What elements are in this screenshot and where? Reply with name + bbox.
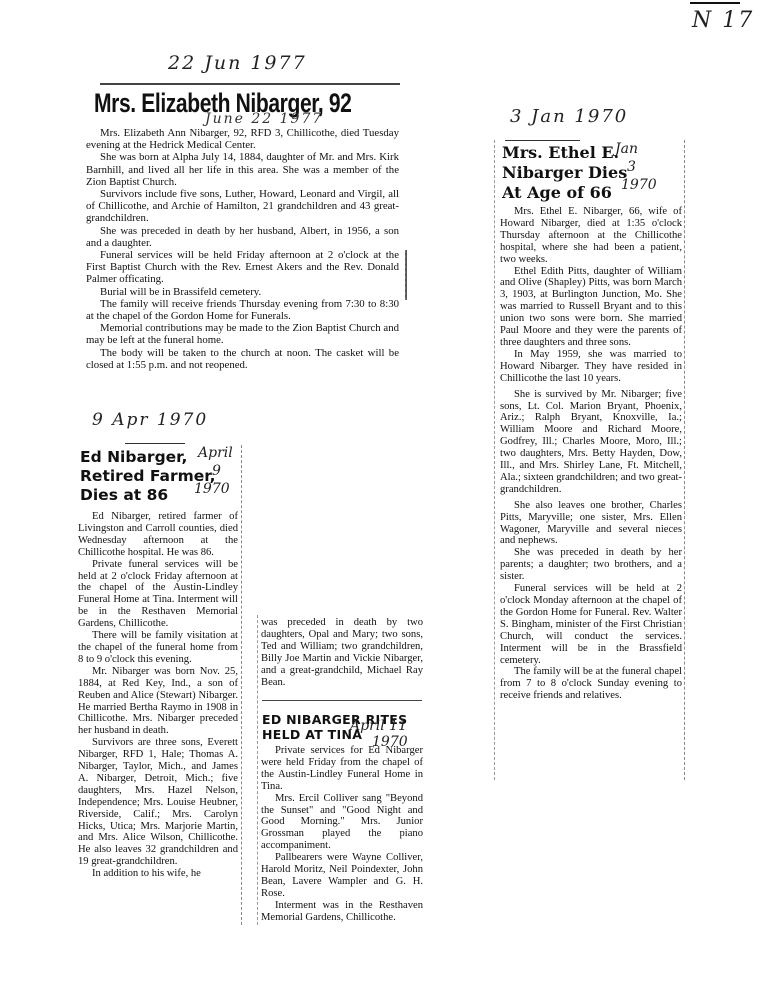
paragraph: Mrs. Ercil Colliver sang "Beyond the Sun… [261, 793, 423, 853]
article-body: Private services for Ed Nibarger were he… [261, 745, 423, 924]
paragraph: Ethel Edith Pitts, daughter of William a… [500, 266, 682, 349]
paragraph: Pallbearers were Wayne Colliver, Harold … [261, 852, 423, 900]
paragraph: She was preceded in death by her parents… [500, 547, 682, 583]
paragraph: In May 1959, she was married to Howard N… [500, 349, 682, 385]
paragraph: The body will be taken to the church at … [86, 347, 399, 371]
paragraph: Mrs. Elizabeth Ann Nibarger, 92, RFD 3, … [86, 127, 399, 151]
headline-line: Mrs. Ethel E. [502, 143, 627, 163]
paragraph: She also leaves one brother, Charles Pit… [500, 500, 682, 548]
paragraph: Mr. Nibarger was born Nov. 25, 1884, at … [78, 666, 238, 737]
clipping-top-rule [100, 83, 400, 85]
article-continuation: was preceded in death by two daughters, … [261, 617, 423, 688]
handwritten-date: 9 Apr 1970 [92, 410, 208, 430]
paragraph: Funeral services will be held at 2 o'clo… [500, 583, 682, 666]
article-body: Mrs. Elizabeth Ann Nibarger, 92, RFD 3, … [86, 127, 399, 371]
paragraph: She was preceded in death by her husband… [86, 225, 399, 249]
paragraph: In addition to his wife, he [78, 868, 238, 880]
handwritten-date-side: Jan 3 1970 [615, 140, 657, 194]
clipping-top-rule [125, 443, 185, 444]
paragraph: Survivors are three sons, Everett Nibarg… [78, 737, 238, 868]
paragraph: Private services for Ed Nibarger were he… [261, 745, 423, 793]
paragraph: The family will be at the funeral chapel… [500, 666, 682, 702]
paragraph: There will be family visitation at the c… [78, 630, 238, 666]
clipping-divider [262, 700, 422, 701]
paragraph: Burial will be in Brassifeld cemetery. [86, 286, 399, 298]
headline-line: Ed Nibarger, [80, 448, 216, 467]
paragraph: Private funeral services will be held at… [78, 559, 238, 630]
article-body: Ed Nibarger, retired farmer of Livingsto… [78, 511, 238, 880]
paragraph: She was born at Alpha July 14, 1884, dau… [86, 151, 399, 188]
paragraph: Funeral services will be held Friday aft… [86, 249, 399, 286]
clip-edge [405, 250, 407, 300]
paragraph: Mrs. Ethel E. Nibarger, 66, wife of Howa… [500, 206, 682, 266]
headline-line: Nibarger Dies [502, 163, 627, 183]
paragraph: was preceded in death by two daughters, … [261, 617, 423, 688]
clip-edge-left-col2 [257, 615, 259, 925]
paragraph: Ed Nibarger, retired farmer of Livingsto… [78, 511, 238, 559]
clipping-top-rule [505, 140, 580, 141]
page-mark: N 17 [692, 8, 754, 33]
headline-line: At Age of 66 [502, 183, 627, 203]
handwritten-date-side: April 9 1970 [198, 444, 233, 498]
clip-edge-left [494, 140, 496, 780]
headline: Mrs. Ethel E. Nibarger Dies At Age of 66 [502, 143, 627, 203]
clip-edge-right [241, 445, 243, 925]
paragraph: Memorial contributions may be made to th… [86, 322, 399, 346]
top-edge-rule [690, 2, 740, 4]
handwritten-date-overlay: June 22 1977 [205, 111, 323, 127]
paragraph: The family will receive friends Thursday… [86, 298, 399, 322]
handwritten-date: 22 Jun 1977 [168, 52, 307, 74]
handwritten-date: 3 Jan 1970 [510, 106, 628, 127]
paragraph: She is survived by Mr. Nibarger; five so… [500, 389, 682, 496]
clip-edge-right [684, 140, 686, 780]
paragraph: Interment was in the Resthaven Memorial … [261, 900, 423, 924]
article-body: Mrs. Ethel E. Nibarger, 66, wife of Howa… [500, 206, 682, 702]
paragraph: Survivors include five sons, Luther, How… [86, 188, 399, 225]
